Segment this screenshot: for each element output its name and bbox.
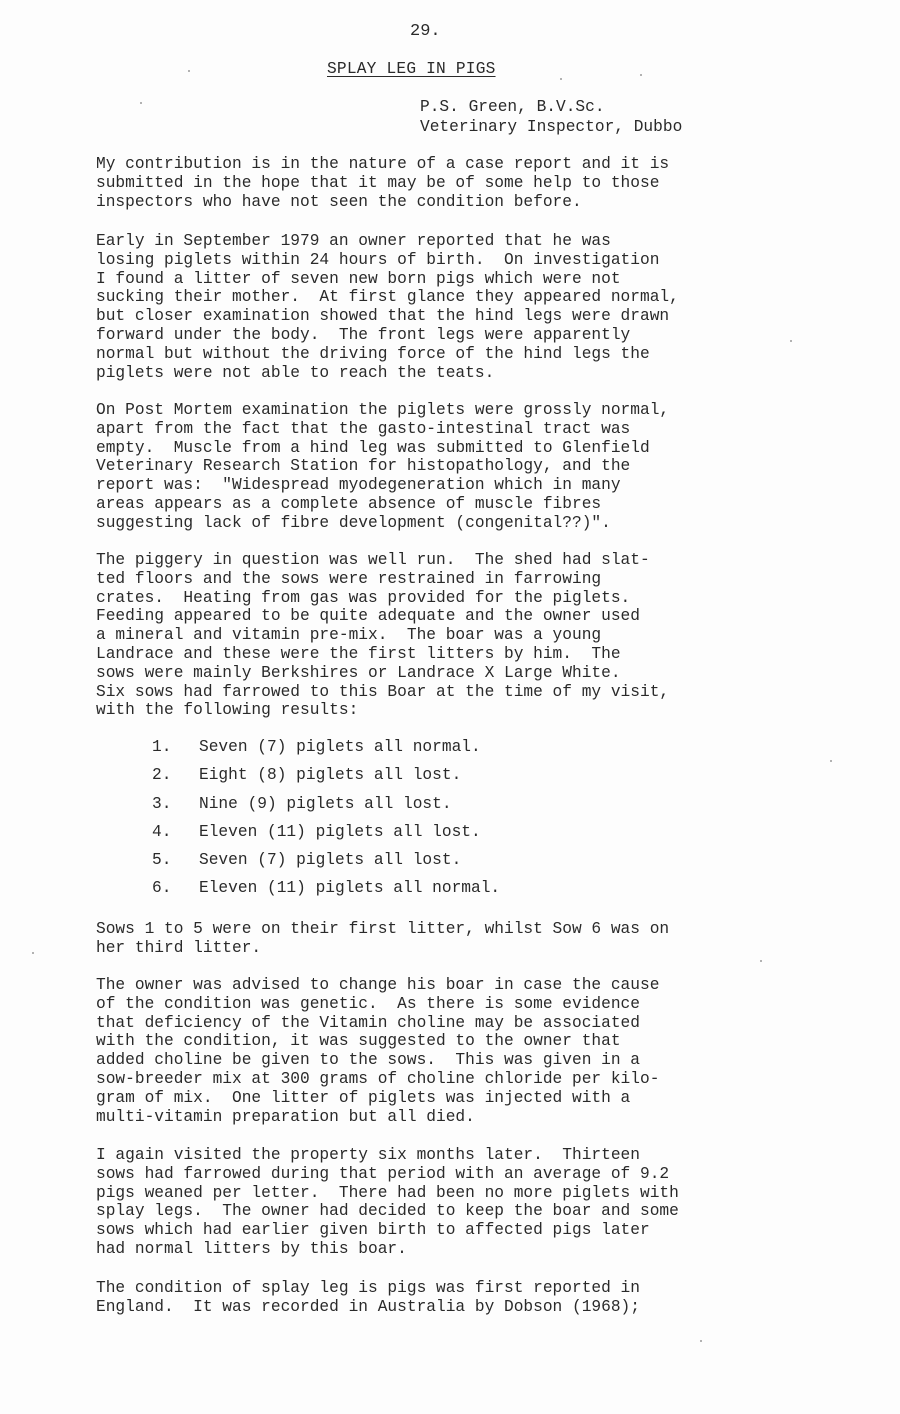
document-title: SPLAY LEG IN PIGS xyxy=(327,60,496,78)
text-line: submitted in the hope that it may be of … xyxy=(96,174,816,193)
text-line: piglets were not able to reach the teats… xyxy=(96,364,816,383)
text-line: sow-breeder mix at 300 grams of choline … xyxy=(96,1070,816,1089)
text-line: multi-vitamin preparation but all died. xyxy=(96,1108,816,1127)
text-line: suggesting lack of fibre development (co… xyxy=(96,514,816,533)
results-list: 1. Seven (7) piglets all normal. 2. Eigh… xyxy=(152,738,500,908)
text-line: The owner was advised to change his boar… xyxy=(96,976,816,995)
author-name: P.S. Green, B.V.Sc. xyxy=(420,97,682,117)
list-text: Eight (8) piglets all lost. xyxy=(199,766,461,794)
scan-speck xyxy=(140,102,142,104)
text-line: ted floors and the sows were restrained … xyxy=(96,570,816,589)
text-line: with the following results: xyxy=(96,701,816,720)
text-line: I again visited the property six months … xyxy=(96,1146,816,1165)
scan-speck xyxy=(830,760,832,762)
paragraph-sow-litters: Sows 1 to 5 were on their first litter, … xyxy=(96,920,816,958)
text-line: forward under the body. The front legs w… xyxy=(96,326,816,345)
text-line: I found a litter of seven new born pigs … xyxy=(96,270,816,289)
text-line: The piggery in question was well run. Th… xyxy=(96,551,816,570)
text-line: Early in September 1979 an owner reporte… xyxy=(96,232,816,251)
text-line: sows which had earlier given birth to af… xyxy=(96,1221,816,1240)
text-line: areas appears as a complete absence of m… xyxy=(96,495,816,514)
list-item: 3. Nine (9) piglets all lost. xyxy=(152,795,500,823)
paragraph-intro: My contribution is in the nature of a ca… xyxy=(96,155,816,211)
list-item: 6. Eleven (11) piglets all normal. xyxy=(152,879,500,907)
text-line: sows were mainly Berkshires or Landrace … xyxy=(96,664,816,683)
list-number: 4. xyxy=(152,823,199,851)
text-line: On Post Mortem examination the piglets w… xyxy=(96,401,816,420)
text-line: empty. Muscle from a hind leg was submit… xyxy=(96,439,816,458)
text-line: report was: "Widespread myodegeneration … xyxy=(96,476,816,495)
text-line: Six sows had farrowed to this Boar at th… xyxy=(96,683,816,702)
text-line: My contribution is in the nature of a ca… xyxy=(96,155,816,174)
list-number: 3. xyxy=(152,795,199,823)
text-line: splay legs. The owner had decided to kee… xyxy=(96,1202,816,1221)
text-line: Feeding appeared to be quite adequate an… xyxy=(96,607,816,626)
text-line: gram of mix. One litter of piglets was i… xyxy=(96,1089,816,1108)
paragraph-advice: The owner was advised to change his boar… xyxy=(96,976,816,1126)
text-line: sows had farrowed during that period wit… xyxy=(96,1165,816,1184)
document-page: 29. SPLAY LEG IN PIGS P.S. Green, B.V.Sc… xyxy=(0,0,900,1414)
list-number: 5. xyxy=(152,851,199,879)
text-line: but closer examination showed that the h… xyxy=(96,307,816,326)
paragraph-history: The condition of splay leg is pigs was f… xyxy=(96,1279,816,1317)
paragraph-post-mortem: On Post Mortem examination the piglets w… xyxy=(96,401,816,533)
text-line: losing piglets within 24 hours of birth.… xyxy=(96,251,816,270)
list-text: Eleven (11) piglets all normal. xyxy=(199,879,500,907)
scan-speck xyxy=(760,960,762,962)
text-line: apart from the fact that the gasto-intes… xyxy=(96,420,816,439)
author-role: Veterinary Inspector, Dubbo xyxy=(420,117,682,137)
text-line: a mineral and vitamin pre-mix. The boar … xyxy=(96,626,816,645)
paragraph-follow-up: I again visited the property six months … xyxy=(96,1146,816,1259)
text-line: Veterinary Research Station for histopat… xyxy=(96,457,816,476)
list-text: Seven (7) piglets all normal. xyxy=(199,738,481,766)
paragraph-case-history: Early in September 1979 an owner reporte… xyxy=(96,232,816,382)
list-text: Eleven (11) piglets all lost. xyxy=(199,823,481,851)
text-line: pigs weaned per letter. There had been n… xyxy=(96,1184,816,1203)
text-line: added choline be given to the sows. This… xyxy=(96,1051,816,1070)
paragraph-piggery: The piggery in question was well run. Th… xyxy=(96,551,816,720)
scan-speck xyxy=(32,952,34,954)
list-item: 1. Seven (7) piglets all normal. xyxy=(152,738,500,766)
list-item: 5. Seven (7) piglets all lost. xyxy=(152,851,500,879)
scan-speck xyxy=(640,74,642,76)
text-line: inspectors who have not seen the conditi… xyxy=(96,193,816,212)
text-line: England. It was recorded in Australia by… xyxy=(96,1298,816,1317)
list-item: 2. Eight (8) piglets all lost. xyxy=(152,766,500,794)
list-text: Nine (9) piglets all lost. xyxy=(199,795,452,823)
text-line: sucking their mother. At first glance th… xyxy=(96,288,816,307)
scan-speck xyxy=(560,78,562,80)
list-number: 6. xyxy=(152,879,199,907)
text-line: crates. Heating from gas was provided fo… xyxy=(96,589,816,608)
scan-speck xyxy=(188,70,190,72)
text-line: normal but without the driving force of … xyxy=(96,345,816,364)
text-line: that deficiency of the Vitamin choline m… xyxy=(96,1014,816,1033)
author-byline: P.S. Green, B.V.Sc. Veterinary Inspector… xyxy=(420,97,682,137)
text-line: The condition of splay leg is pigs was f… xyxy=(96,1279,816,1298)
text-line: Landrace and these were the first litter… xyxy=(96,645,816,664)
text-line: of the condition was genetic. As there i… xyxy=(96,995,816,1014)
text-line: had normal litters by this boar. xyxy=(96,1240,816,1259)
list-number: 2. xyxy=(152,766,199,794)
text-line: her third litter. xyxy=(96,939,816,958)
list-text: Seven (7) piglets all lost. xyxy=(199,851,461,879)
list-number: 1. xyxy=(152,738,199,766)
scan-speck xyxy=(700,1340,702,1342)
page-number: 29. xyxy=(410,22,441,41)
list-item: 4. Eleven (11) piglets all lost. xyxy=(152,823,500,851)
text-line: with the condition, it was suggested to … xyxy=(96,1032,816,1051)
scan-speck xyxy=(790,340,792,342)
text-line: Sows 1 to 5 were on their first litter, … xyxy=(96,920,816,939)
